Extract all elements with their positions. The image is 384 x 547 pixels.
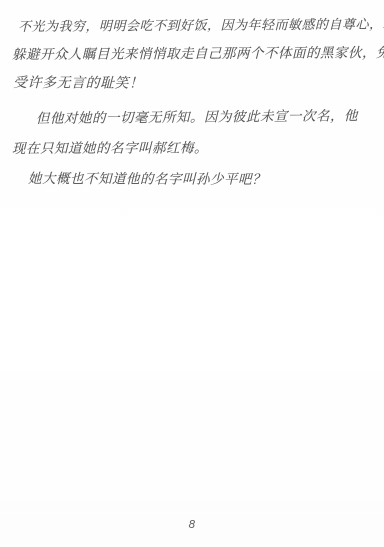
handwritten-line-3: 受许多无言的耻笑！ [13, 72, 144, 93]
handwritten-line-5: 现在只知道她的名字叫郝红梅。 [12, 136, 208, 157]
handwritten-line-6: 她大概也不知道他的名字叫孙少平吧？ [28, 167, 266, 188]
handwritten-line-4: 但他对她的一切毫无所知。因为彼此未宣一次名，他 [36, 104, 358, 127]
handwritten-line-1: 不光为我穷，明明会吃不到好饭，因为年轻而敏感的自尊心，才使他们 [18, 13, 384, 35]
manuscript-page: 不光为我穷，明明会吃不到好饭，因为年轻而敏感的自尊心，才使他们 躲避开众人瞩目光… [0, 0, 384, 547]
handwritten-line-2: 躲避开众人瞩目光来悄悄取走自己那两个不体面的黑家伙，免遭 [12, 41, 384, 63]
page-number: 8 [0, 518, 384, 531]
